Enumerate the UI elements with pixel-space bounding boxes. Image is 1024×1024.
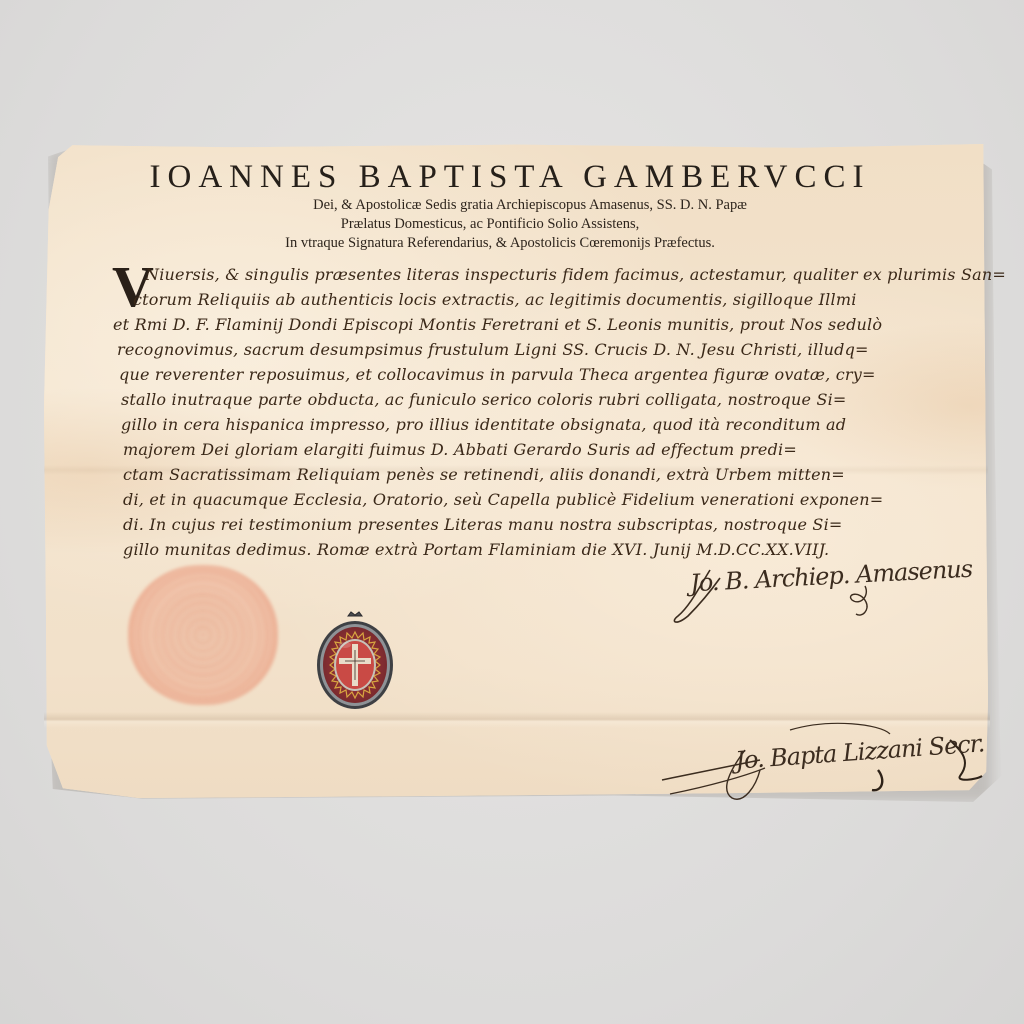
body-line: di. In cujus rei testimonium presentes L… xyxy=(123,512,965,537)
header-line-1: Dei, & Apostolicæ Sedis gratia Archiepis… xyxy=(140,196,920,215)
body-line: di, et in quacumque Ecclesia, Oratorio, … xyxy=(123,487,965,512)
document-body: Niuersis, & singulis præsentes literas i… xyxy=(125,262,965,562)
reliquary-icon xyxy=(315,610,395,710)
wax-seal-center xyxy=(155,590,250,680)
body-line: majorem Dei gloriam elargiti fuimus D. A… xyxy=(123,437,965,462)
document-header: IOANNES BAPTISTA GAMBERVCCI Dei, & Apost… xyxy=(100,158,920,253)
body-line: gillo in cera hispanica impresso, pro il… xyxy=(121,412,965,437)
body-line: stallo inutraque parte obducta, ac funic… xyxy=(121,387,965,412)
body-line: ctam Sacratissimam Reliquiam penès se re… xyxy=(123,462,965,487)
body-line: et Rmi D. F. Flaminij Dondi Episcopi Mon… xyxy=(113,312,965,337)
header-line-2: Prælatus Domesticus, ac Pontificio Solio… xyxy=(60,215,920,234)
header-line-3: In vtraque Signatura Referendarius, & Ap… xyxy=(80,234,920,253)
body-line: recognovimus, sacrum desumpsimus frustul… xyxy=(117,337,965,362)
document-title: IOANNES BAPTISTA GAMBERVCCI xyxy=(100,158,920,196)
body-line: que reverenter reposuimus, et collocavim… xyxy=(119,362,965,387)
body-line: ctorum Reliquiis ab authenticis locis ex… xyxy=(125,287,965,312)
body-line: Niuersis, & singulis præsentes literas i… xyxy=(125,262,965,287)
